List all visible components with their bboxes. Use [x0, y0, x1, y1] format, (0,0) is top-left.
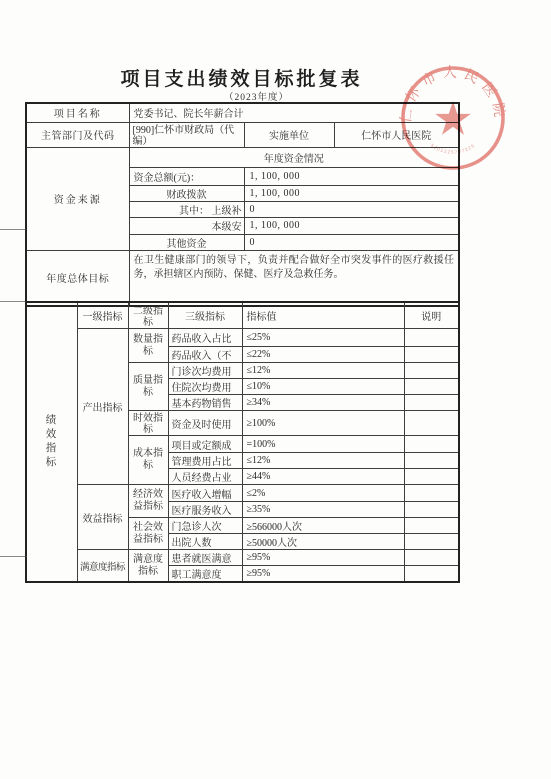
- indicator-name: 项目或定额成: [168, 436, 242, 453]
- indicator-value: ≥35%: [242, 502, 404, 518]
- indicator-header-row: 绩效指标 一级指标 二级指标 三级指标 指标值 说明: [26, 302, 459, 329]
- level2-cost: 成本指标: [128, 436, 168, 485]
- scan-artifact-line: [0, 229, 26, 230]
- table-row: 年度总体目标 在卫生健康部门的领导下，负责并配合做好全市突发事件的医疗救援任务，…: [26, 250, 459, 306]
- note-cell: [404, 469, 459, 485]
- note-cell: [404, 485, 459, 502]
- annual-goal-text: 在卫生健康部门的领导下，负责并配合做好全市突发事件的医疗救援任务，承担辖区内预防…: [129, 250, 459, 306]
- annual-goal-label: 年度总体目标: [26, 250, 129, 306]
- header-level2: 二级指标: [128, 302, 168, 329]
- funding-fiscal-label: 财政拨款: [129, 185, 244, 201]
- note-cell: [404, 347, 459, 363]
- level2-social: 社会效益指标: [128, 518, 168, 550]
- note-cell: [404, 329, 459, 347]
- indicator-name: 管理费用占比: [168, 453, 242, 469]
- indicator-name: 人员经费占业: [168, 469, 242, 485]
- indicator-name: 药品收入（不: [168, 347, 242, 363]
- indicator-value: ≤12%: [242, 453, 404, 469]
- note-cell: [404, 379, 459, 395]
- level2-economic: 经济效益指标: [128, 485, 168, 518]
- indicator-name: 出院人数: [168, 534, 242, 550]
- indicator-value: ≤22%: [242, 347, 404, 363]
- indicator-name: 医疗收入增幅: [168, 485, 242, 502]
- indicator-value: ≥34%: [242, 395, 404, 411]
- level2-satisfaction: 满意度指标: [128, 550, 168, 583]
- indicator-name: 职工满意度: [168, 566, 242, 583]
- note-cell: [404, 534, 459, 550]
- funding-superior-value: 0: [244, 201, 459, 217]
- note-cell: [404, 395, 459, 411]
- funding-total-label: 资金总额(元)：: [129, 167, 244, 185]
- indicator-value: ≥50000人次: [242, 534, 404, 550]
- note-cell: [404, 550, 459, 566]
- level1-output: 产出指标: [77, 329, 128, 485]
- indicator-value: ≥100%: [242, 411, 404, 436]
- dept-label: 主管部门及代码: [26, 122, 129, 147]
- funding-header: 年度资金情况: [129, 147, 459, 167]
- level2-quality: 质量指标: [128, 363, 168, 411]
- header-value: 指标值: [242, 302, 404, 329]
- indicator-name: 住院次均费用: [168, 379, 242, 395]
- indicator-row: 效益指标 经济效益指标 医疗收入增幅 ≤2%: [26, 485, 459, 502]
- funding-local-label: 本级安: [129, 217, 244, 234]
- indicator-name: 门急诊人次: [168, 518, 242, 534]
- dept-value: [990]仁怀市财政局（代编）: [129, 122, 244, 147]
- level1-benefit: 效益指标: [77, 485, 128, 550]
- note-cell: [404, 453, 459, 469]
- funding-local-value: 1, 100, 000: [244, 217, 459, 234]
- indicator-row: 满意度指标 满意度指标 患者就医满意 ≥95%: [26, 550, 459, 566]
- project-name-label: 项目名称: [26, 103, 129, 122]
- level2-quantity: 数量指标: [128, 329, 168, 363]
- indicator-value: ≤2%: [242, 485, 404, 502]
- indicator-name: 药品收入占比: [168, 329, 242, 347]
- funding-total-value: 1, 100, 000: [244, 167, 459, 185]
- header-level3: 三级指标: [168, 302, 242, 329]
- note-cell: [404, 363, 459, 379]
- indicator-value: ≤12%: [242, 363, 404, 379]
- header-note: 说明: [404, 302, 459, 329]
- note-cell: [404, 411, 459, 436]
- page-title: 项目支出绩效目标批复表: [25, 64, 458, 91]
- impl-unit-label: 实施单位: [244, 122, 334, 147]
- funding-other-value: 0: [244, 234, 459, 250]
- funding-source-label: 资金来源: [26, 147, 129, 250]
- page-subtitle: （2023年度）: [40, 89, 473, 103]
- level1-satisfaction: 满意度指标: [77, 550, 128, 583]
- note-cell: [404, 502, 459, 518]
- indicator-name: 基本药物销售: [168, 395, 242, 411]
- indicator-value: =100%: [242, 436, 404, 453]
- indicator-value: ≥95%: [242, 566, 404, 583]
- funding-fiscal-value: 1, 100, 000: [244, 185, 459, 201]
- funding-other-label: 其他资金: [129, 234, 244, 250]
- note-cell: [404, 518, 459, 534]
- info-funding-table: 项目名称 党委书记、院长年薪合计 主管部门及代码 [990]仁怀市财政局（代编）…: [25, 102, 460, 307]
- table-row: 主管部门及代码 [990]仁怀市财政局（代编） 实施单位 仁怀市人民医院: [26, 122, 459, 147]
- impl-unit-value: 仁怀市人民医院: [334, 122, 459, 147]
- indicator-value: ≥44%: [242, 469, 404, 485]
- indicator-row: 产出指标 数量指标 药品收入占比 ≤25%: [26, 329, 459, 347]
- scanned-form-page: 项目支出绩效目标批复表 （2023年度） 项目名称 党委书记、院长年薪合计 主管…: [0, 0, 551, 779]
- indicator-value: ≥566000人次: [242, 518, 404, 534]
- side-label-cell: 绩效指标: [26, 302, 77, 582]
- indicator-name: 资金及时使用: [168, 411, 242, 436]
- scan-artifact-line: [0, 301, 26, 302]
- table-row: 项目名称 党委书记、院长年薪合计: [26, 103, 459, 122]
- note-cell: [404, 436, 459, 453]
- indicator-name: 门诊次均费用: [168, 363, 242, 379]
- level2-timeliness: 时效指标: [128, 411, 168, 436]
- project-name-value: 党委书记、院长年薪合计: [129, 103, 459, 122]
- indicator-table: 绩效指标 一级指标 二级指标 三级指标 指标值 说明 产出指标 数量指标 药品收…: [25, 301, 460, 583]
- note-cell: [404, 566, 459, 583]
- indicator-name: 患者就医满意: [168, 550, 242, 566]
- indicator-name: 医疗服务收入: [168, 502, 242, 518]
- header-level1: 一级指标: [77, 302, 128, 329]
- indicator-value: ≤25%: [242, 329, 404, 347]
- table-row: 资金来源 年度资金情况: [26, 147, 459, 167]
- funding-superior-label: 其中： 上级补: [129, 201, 244, 217]
- scan-artifact-line: [0, 556, 27, 557]
- indicator-value: ≤10%: [242, 379, 404, 395]
- indicator-value: ≥95%: [242, 550, 404, 566]
- performance-side-label: 绩效指标: [46, 414, 58, 470]
